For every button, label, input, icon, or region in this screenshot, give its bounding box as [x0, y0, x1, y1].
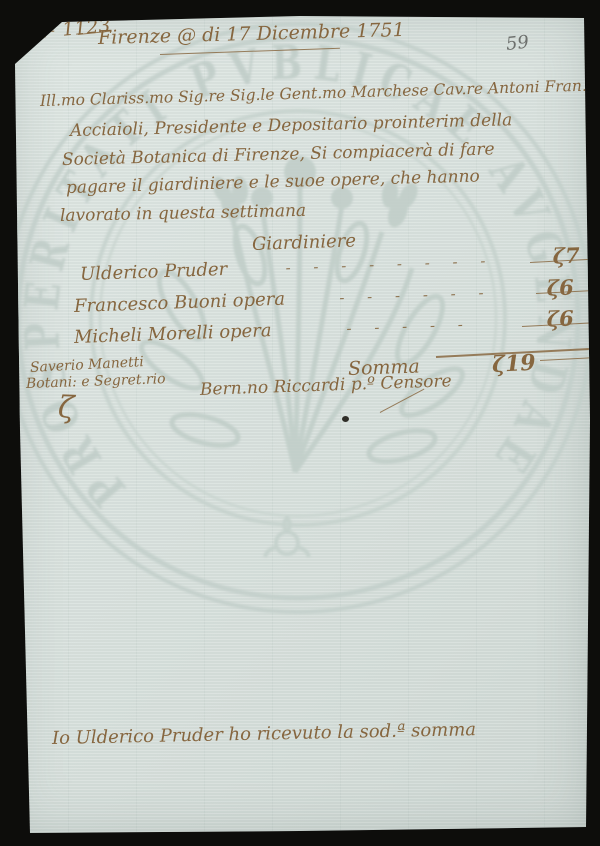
page-number: 59	[505, 32, 530, 55]
row-amount: ζ7	[552, 243, 580, 269]
margin-flourish: ζ	[57, 390, 74, 426]
row-amount: ζ6	[546, 306, 574, 332]
row-amount: ζ6	[546, 275, 574, 301]
ink-speck	[342, 416, 349, 422]
scan-background: PROSPERITATI PVBLICAE AVGENDAE	[0, 0, 600, 846]
paper-sheet: PROSPERITATI PVBLICAE AVGENDAE	[0, 0, 600, 846]
total-amount: ζ19	[491, 350, 536, 378]
